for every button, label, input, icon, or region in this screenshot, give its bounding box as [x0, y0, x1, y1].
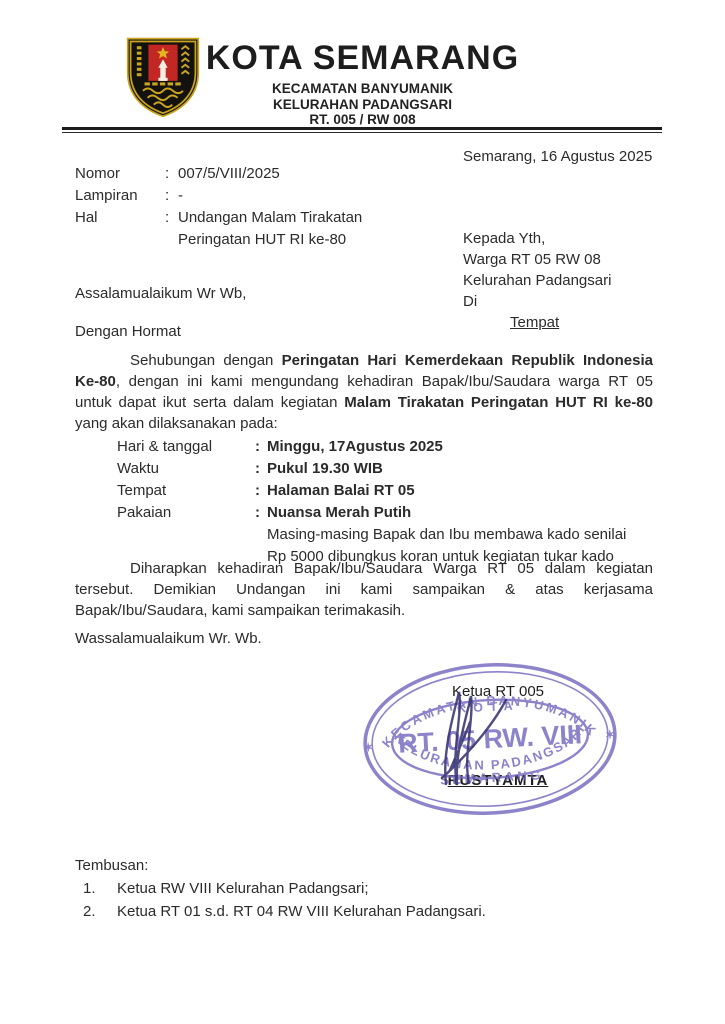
letter-date: Semarang, 16 Agustus 2025: [463, 146, 652, 167]
letterhead-divider: [62, 127, 662, 133]
detail-label: Hari & tanggal: [117, 436, 255, 458]
tembusan-text: Ketua RW VIII Kelurahan Padangsari;: [117, 877, 369, 900]
recipient-line: Kelurahan Padangsari: [463, 270, 611, 291]
meta-value: -: [178, 185, 183, 207]
p1-seg: Sehubungan dengan: [130, 352, 282, 369]
detail-colon: :: [255, 480, 267, 502]
p1-seg-bold: Malam Tirakatan Peringatan HUT RI ke-80: [344, 394, 653, 411]
recipient-line: Di: [463, 291, 611, 312]
detail-value: Halaman Balai RT 05: [267, 480, 415, 502]
meta-label: Hal: [75, 207, 165, 251]
tembusan-number: 2.: [75, 900, 117, 923]
detail-note: Masing-masing Bapak dan Ibu membawa kado…: [267, 524, 626, 546]
meta-label: Nomor: [75, 163, 165, 185]
recipient-block: Kepada Yth, Warga RT 05 RW 08 Kelurahan …: [463, 228, 611, 333]
meta-row-lampiran: Lampiran : -: [75, 185, 362, 207]
meta-colon: :: [165, 207, 178, 251]
tembusan-block: Tembusan: 1. Ketua RW VIII Kelurahan Pad…: [75, 854, 486, 923]
closing-salutation: Wassalamualaikum Wr. Wb.: [75, 628, 262, 649]
detail-label: Pakaian: [117, 502, 255, 524]
greeting: Dengan Hormat: [75, 321, 181, 342]
meta-colon: :: [165, 163, 178, 185]
meta-colon: :: [165, 185, 178, 207]
letterhead-village: KELURAHAN PADANGSARI: [0, 97, 725, 113]
meta-row-hal: Hal : Undangan Malam Tirakatan Peringata…: [75, 207, 362, 251]
tembusan-text: Ketua RT 01 s.d. RT 04 RW VIII Kelurahan…: [117, 900, 486, 923]
detail-colon: :: [255, 436, 267, 458]
letterhead-rt-rw: RT. 005 / RW 008: [0, 112, 725, 128]
p2-text: Diharapkan kehadiran Bapak/Ibu/Saudara W…: [75, 560, 653, 619]
detail-row-place: Tempat : Halaman Balai RT 05: [117, 480, 626, 502]
handwritten-signature: [358, 658, 622, 826]
scanned-letter-page: KOTA SEMARANG KECAMATAN BANYUMANIK KELUR…: [0, 0, 725, 1024]
recipient-line: Kepada Yth,: [463, 228, 611, 249]
meta-label: Lampiran: [75, 185, 165, 207]
letterhead-city: KOTA SEMARANG: [0, 40, 725, 76]
event-details-block: Hari & tanggal : Minggu, 17Agustus 2025 …: [117, 436, 626, 568]
detail-label: Waktu: [117, 458, 255, 480]
tembusan-title: Tembusan:: [75, 854, 486, 877]
detail-row-time: Waktu : Pukul 19.30 WIB: [117, 458, 626, 480]
detail-label: Tempat: [117, 480, 255, 502]
tembusan-item: 1. Ketua RW VIII Kelurahan Padangsari;: [75, 877, 486, 900]
detail-row-dresscode: Pakaian : Nuansa Merah Putih: [117, 502, 626, 524]
tembusan-item: 2. Ketua RT 01 s.d. RT 04 RW VIII Kelura…: [75, 900, 486, 923]
meta-value: 007/5/VIII/2025: [178, 163, 280, 185]
salutation: Assalamualaikum Wr Wb,: [75, 283, 246, 304]
letter-meta-block: Nomor : 007/5/VIII/2025 Lampiran : - Hal…: [75, 163, 362, 251]
tembusan-number: 1.: [75, 877, 117, 900]
detail-row-day: Hari & tanggal : Minggu, 17Agustus 2025: [117, 436, 626, 458]
letterhead-district: KECAMATAN BANYUMANIK: [0, 81, 725, 97]
detail-value: Nuansa Merah Putih: [267, 502, 411, 524]
meta-row-nomor: Nomor : 007/5/VIII/2025: [75, 163, 362, 185]
paragraph-closing: Diharapkan kehadiran Bapak/Ibu/Saudara W…: [75, 558, 653, 621]
recipient-line: Warga RT 05 RW 08: [463, 249, 611, 270]
paragraph-invitation: Sehubungan dengan Peringatan Hari Kemerd…: [75, 350, 653, 434]
meta-value-line1: Undangan Malam Tirakatan: [178, 209, 362, 226]
meta-value: Undangan Malam Tirakatan Peringatan HUT …: [178, 207, 362, 251]
detail-value: Pukul 19.30 WIB: [267, 458, 383, 480]
detail-colon: :: [255, 502, 267, 524]
recipient-place: Tempat: [510, 312, 559, 333]
detail-colon: :: [255, 458, 267, 480]
detail-value: Minggu, 17Agustus 2025: [267, 436, 443, 458]
meta-value-line2: Peringatan HUT RI ke-80: [178, 231, 346, 248]
p1-seg: yang akan dilaksanakan pada:: [75, 415, 278, 432]
